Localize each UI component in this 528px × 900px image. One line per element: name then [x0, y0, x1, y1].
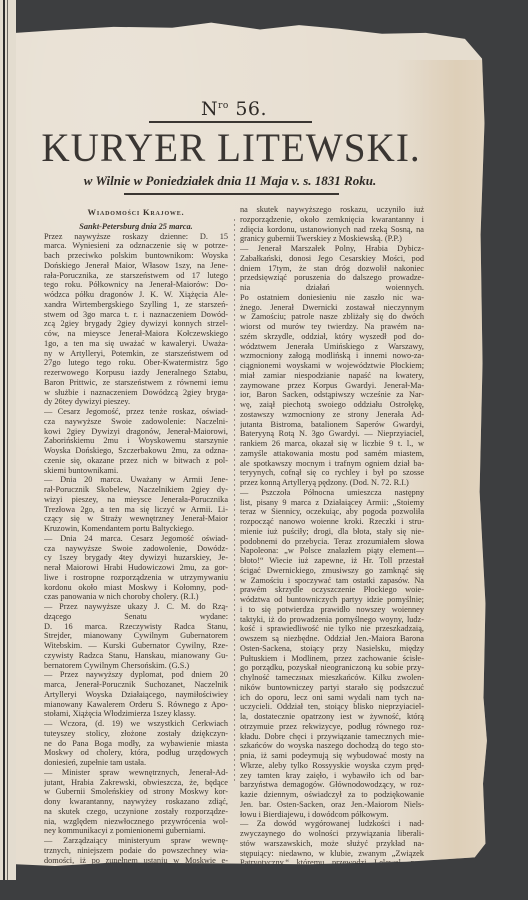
text-line: błoto!“ Wiecie iuż zapewne, iż Hr. Toll … — [240, 556, 424, 566]
newspaper-page: Nro 56. KURYER LITEWSKI. w Wilnie w Poni… — [16, 20, 504, 878]
text-line: szkańców do woyska naszego dochodzą do t… — [240, 741, 424, 751]
text-line: Napoleona: „w Polsce znalazłem piąty ele… — [240, 546, 424, 556]
text-line: ców, na mieysce Jenerał-Maiora Kołczewsk… — [44, 329, 228, 339]
text-line: Baron Prittwic, ze starszeństwem z równe… — [44, 378, 228, 388]
text-line: Strejder, mianowany Cywilnym Gubernatore… — [44, 631, 228, 641]
text-line: dniem 17tym, że stan dróg dozwolił nakon… — [240, 264, 424, 274]
text-line: Kruzowin, Komendantem portu Baltyckiego. — [44, 524, 228, 534]
text-line: wizyi pieszey, na mieysce Jenerała-Poruc… — [44, 495, 228, 505]
text-line: — Jenerał Marszałek Polny, Hrabia Dybicz… — [240, 244, 424, 254]
text-line: rozporządzenie, około zemknięcia kwarant… — [240, 215, 424, 225]
text-line: Woyska Dońskiego, Szczerbakowu 2mu, za o… — [44, 446, 228, 456]
text-line: tego roku. Półkownicy na Jenerał-Maiorów… — [44, 280, 228, 290]
text-line: teraz w Siennicy, oczekuiąc, aby pogoda … — [240, 507, 424, 517]
text-line: miał zamiar niespodzianie napaść na kwat… — [240, 371, 424, 381]
text-line: ników buntowniczey partyi starało się po… — [240, 683, 424, 693]
text-line: ior, Baron Sacken, odstąpiwszy wcześnie … — [240, 390, 424, 400]
text-line: kowi 2giey Dywizyi dragonów, Jenerał-Mai… — [44, 427, 228, 437]
text-line: mianowany Kawalerem Orderu S. Równego z … — [44, 700, 228, 710]
text-line: dzącego Senatu wydane: — [44, 612, 228, 622]
text-line: rezerwowego Korpusu iazdy Jeneralnego Sz… — [44, 368, 228, 378]
right-column-text: na skutek naywyższego roskazu, uczyniło … — [240, 205, 424, 878]
text-line: ny w Artylleryi, Potemkin, ze starszeńst… — [44, 349, 228, 359]
text-line: Patryotyczny,“ któremu przewodzi Lelewel… — [240, 858, 424, 868]
issue-number: Nro 56. — [184, 98, 284, 120]
text-line: pidemiczney choroby cholery, Ministeryum… — [44, 865, 228, 875]
text-line: wództwem Jenerała Umińskiego z Warszawy, — [240, 342, 424, 352]
text-line: pnia, iż sami podeymują się wybudować mo… — [240, 751, 424, 761]
text-line: Pułtuskiem i Modlinem, przez zachowanie … — [240, 654, 424, 664]
text-line: biono wniosek, aleby wyciąć w pień wszys… — [240, 868, 424, 878]
text-line: czenie się, okazane przez nich w bitwach… — [44, 456, 228, 466]
text-line: — Przez naywyższy dyplomat, pod dniem 20 — [44, 670, 228, 680]
text-line: bernatorem Cywilnym Chersońskim. (G.S.) — [44, 661, 228, 671]
text-line: wiorst od murów tey twierdzy. Na prawém … — [240, 322, 424, 332]
article-columns: Wiadomości Krajowe. Sankt-Petersburg dni… — [44, 205, 424, 815]
text-line: tuteyszey stolicy, złożone zostały dzięk… — [44, 729, 228, 739]
text-line: jutant, Hrabia Zakrewski, obwieszcza, że… — [44, 778, 228, 788]
text-line: zdięcia kordonu, ustanowionych nad rzeką… — [240, 225, 424, 235]
text-line: uczycieli. Oddział ten, stoiący blisko n… — [240, 702, 424, 712]
text-line: ale spotkawszy mocnym i trafnym ogniem d… — [240, 459, 424, 469]
text-line: Witebskim. — Kurski Gubernator Cywilny, … — [44, 641, 228, 651]
binding-line-thin — [7, 0, 8, 900]
text-line: marca, Jenerał-Porucznik Suchozanet, Nac… — [44, 680, 228, 690]
text-line: przedsięwziąć poruszenia do dalszego pro… — [240, 273, 424, 283]
text-line: zaymowane przez Korpus Gwardyi. Jenerał-… — [240, 381, 424, 391]
article-subheading: Sankt-Petersburg dnia 25 marca. — [44, 222, 228, 232]
text-line: skiemi buntownikami. — [44, 466, 228, 476]
text-line: w Zamościu i spoczywać tam ostatki zapas… — [240, 576, 424, 586]
newspaper-title: KURYER LITEWSKI. — [40, 124, 422, 171]
text-line: kazie dziennym, oświadczył za to podzięk… — [240, 790, 424, 800]
text-line: kładu. Dobre chęci i przywiązanie tamecz… — [240, 732, 424, 742]
text-line: nerał Maiorowi Hrabi Hudowiczowi 2mu, za… — [44, 563, 228, 573]
text-line: Trezłowa 2go, a ten ma się liczyć w Armi… — [44, 505, 228, 515]
text-line: D. 16 marca. Rzeczywisty Radca Stanu, — [44, 622, 228, 632]
text-line: — Dnia 20 marca. Uważany w Armii Jene- — [44, 475, 228, 485]
text-line: ścigać Dwernickiego, zmusiwszy go zamkną… — [240, 566, 424, 576]
text-line: Zaborińskiemu 2mu i Woyskowemu starszyni… — [44, 436, 228, 446]
text-line: — Cesarz Jegomość, przez tenże roskaz, o… — [44, 407, 228, 417]
text-line: jutanta Bistroma, batalionem Saperów Gwa… — [240, 420, 424, 430]
adjacent-page-edge — [0, 0, 16, 900]
text-line: wódzca półku dragonów J. K. W. Xiążęcia … — [44, 290, 228, 300]
text-line: la, dostatecznie opatrzony iest w żywnoś… — [240, 712, 424, 722]
text-line: granicy gubernii Twerskiey z Moskiewską.… — [240, 234, 424, 244]
text-line: Dońskiego Jenerał Maior, Własow 1szy, na… — [44, 261, 228, 271]
text-line: cza naywyższe Swoie zadowolenie: Naczeln… — [44, 417, 228, 427]
text-line: stwem od 3go marca t. r. i naznaczeniem … — [44, 310, 228, 320]
text-line: kordonu około miast Moskwy i Kołomny, po… — [44, 583, 228, 593]
text-line: podobnemi do przebycia. Teraz zrozumiałe… — [240, 537, 424, 547]
text-line: marca. Wyniesieni za odznaczenie się w p… — [44, 241, 228, 251]
text-line: rozpocząć nanowo woienne kroki. Rzeczki … — [240, 517, 424, 527]
text-line: Zabałkański, donosi Jego Cesarskiey Mośc… — [240, 254, 424, 264]
text-line: dony kwarantanny, naywyżey roskazano zdi… — [44, 797, 228, 807]
text-line: liwe i rostropne rozporządzenia w utrzym… — [44, 573, 228, 583]
text-line: wództwa od buntowniczych partyy idzie po… — [240, 595, 424, 605]
text-line: wę, zaiął piechotą swoiego oddziału Ostr… — [240, 400, 424, 410]
text-line: — Wczora, (d. 19) we wszystkich Cerkwiac… — [44, 719, 228, 729]
text-line: Jen. bar. Osten-Sacken, oraz Jen.-Maioro… — [240, 800, 424, 810]
text-line: ne do Pana Boga modły, za wybawienie mia… — [44, 739, 228, 749]
text-line: owszem są niezbędne. Oddział Jen.-Maiora… — [240, 634, 424, 644]
text-line: czący się w Straży wewnętrzney Jenerał-M… — [44, 514, 228, 524]
text-line: Artylleryi Woyska Działaiącego, naymiłoś… — [44, 690, 228, 700]
text-line: barzyństwa demagogów. Głównodowodzący, w… — [240, 780, 424, 790]
text-line: doniesień, zupełnie tam ustała. — [44, 758, 228, 768]
text-line: chylność tameczных mieszkańców. Kilku zw… — [240, 673, 424, 683]
masthead-rule-top — [149, 121, 312, 123]
text-line: i to się potwierdza prawidło nowszey woi… — [240, 605, 424, 615]
text-line: rała-Porucznika, ze starszeństwem od 17 … — [44, 271, 228, 281]
text-line: trznych, niniejszem podaie do powszechne… — [44, 846, 228, 856]
text-line: zcą 2giey brygady 2giey dywizyi konnych … — [44, 319, 228, 329]
text-line: — Za dowód wygórowanej ludzkości i nad- — [240, 819, 424, 829]
binding-line — [3, 0, 5, 900]
text-line: stępuiący: niedawno, w klubie, zwanym „Z… — [240, 849, 424, 859]
text-line: łowu i Bierdiajewu, i dowódcom półkowym. — [240, 810, 424, 820]
text-line: w Zamościu; patrole nasze zbliżały się d… — [240, 312, 424, 322]
text-line: Osten-Sackena, stoiący przy Nasielsku, m… — [240, 644, 424, 654]
text-line: cza naywyższe Swoie zadowolenie, Dowódz- — [44, 544, 228, 554]
text-line: w służbie i naznaczeniem Dowódzcą 2giey … — [44, 388, 228, 398]
text-line: kość i sprawiedliwość nie tylko nie prze… — [240, 624, 424, 634]
text-line: Po ostatniem doniesieniu nie zaszło nic … — [240, 293, 424, 303]
text-line: szém skrzydle, oddział, który wyszedł po… — [240, 332, 424, 342]
text-line: stołami, Xiążęcia Włodzimierza 1szey kla… — [44, 709, 228, 719]
text-line: czywisty Radzca Stanu, Hanskau, mianowan… — [44, 651, 228, 661]
right-column: na skutek naywyższego roskazu, uczyniło … — [240, 205, 424, 878]
text-line: rał-Porucznik Skobelew, Naczelnikiem 2gi… — [44, 485, 228, 495]
text-line: wzmocniony załogą modlińską i innemi now… — [240, 351, 424, 361]
text-line: — Dnia 24 marca. Cesarz Jegomość oświad- — [44, 534, 228, 544]
text-line: Przez naywyższe roskazy dzienne: D. 15 — [44, 232, 228, 242]
text-line: Wkrze, aleby tylko Rossyyskie woyska czy… — [240, 761, 424, 771]
left-column-text: Przez naywyższe roskazy dzienne: D. 15ma… — [44, 232, 228, 876]
text-line: rankiem 26 marca, okazał się w liczbie 9… — [240, 439, 424, 449]
text-line: — Pszczoła Północna umieszcza następny — [240, 488, 424, 498]
text-line: xandra Wirtembergskiego Szylling 1, ze s… — [44, 300, 228, 310]
text-line: dy 26tey dywizyi pieszey. — [44, 397, 228, 407]
text-line: Moskwy od cholery, która, podług urzędow… — [44, 748, 228, 758]
text-line: Bateryyną Rotą N. 3go Gwardyi. — Nieprzy… — [240, 429, 424, 439]
text-line: go porządku, pozyskał nieograniczoną ku … — [240, 663, 424, 673]
text-line: stów warszawskich, może służyć przykład … — [240, 839, 424, 849]
text-line: mienie iuż puściły; drogi, dla błota, st… — [240, 527, 424, 537]
text-line: nia działań woiennych. — [240, 283, 424, 293]
text-line: otrzymuie przez rekwizycye, podług równe… — [240, 722, 424, 732]
text-line: — Zarządzaiący ministeryum spraw wewnę- — [44, 836, 228, 846]
text-line: — Minister spraw wewnętrznych, Jenerał-A… — [44, 768, 228, 778]
text-line: nia, względem niezwłocznego przywrócenia… — [44, 817, 228, 827]
text-line: 1go, a ten ma się uważać w kawaleryi. Uw… — [44, 339, 228, 349]
section-heading: Wiadomości Krajowe. — [44, 208, 228, 218]
text-line: zostawszy wzmocniony ze strony Jenerała … — [240, 410, 424, 420]
text-line: w Guberniі Smoleńskiey od strony Moskwy … — [44, 787, 228, 797]
text-line: ich do oporu, lecz oni sami wydali nam t… — [240, 693, 424, 703]
text-line: na skutek naywyższego roskazu, uczyniło … — [240, 205, 424, 215]
dateline: w Wilnie w Poniedziałek dnia 11 Maja v. … — [40, 173, 420, 189]
text-line: list, pisany 9 marca z Działaiącey Armii… — [240, 498, 424, 508]
text-line: prawém skrzydle oczyszczenie Płockiego w… — [240, 585, 424, 595]
text-line: — Przez naywyższe ukazy J. C. M. do Rzą- — [44, 602, 228, 612]
left-column: Wiadomości Krajowe. Sankt-Petersburg dni… — [44, 205, 228, 875]
text-line: cy 1szey brygady 4tey dywizyi huzarskiey… — [44, 553, 228, 563]
text-line: zwyczaynego do wolności przywiązania lib… — [240, 829, 424, 839]
text-line: bach przeciwko polskim buntownikom: Woys… — [44, 251, 228, 261]
text-line: ney kommunikacyi z pomienionemi gubernia… — [44, 826, 228, 836]
masthead-rule-bottom — [124, 193, 339, 195]
text-line: ciągnionemi woyskami w województwie Płoc… — [240, 361, 424, 371]
text-line: przez konną Artylleryą pędzony. (Dod. N.… — [240, 478, 424, 488]
text-line: zamyśle attakowania mostu pod samém mias… — [240, 449, 424, 459]
text-line: domości, iż po zupełnem ustaniu w Moskwi… — [44, 856, 228, 866]
text-line: na skutek czego, uczynione zostały rozpo… — [44, 807, 228, 817]
text-line: taktyki, iż do prowadzenia pomyślnego wo… — [240, 615, 424, 625]
text-line: zey tamten kray zaięło, i wybawiło ich o… — [240, 771, 424, 781]
text-line: czas panowania w nich choroby cholery. (… — [44, 592, 228, 602]
text-line: teryynych, cofnął się co rychley i był p… — [240, 468, 424, 478]
text-line: żnego. Jenerał Dwernicki zostawał nieczy… — [240, 303, 424, 313]
text-line: 27go lutego tego roku. Ober-Kwatermistrz… — [44, 358, 228, 368]
column-divider — [234, 219, 235, 784]
